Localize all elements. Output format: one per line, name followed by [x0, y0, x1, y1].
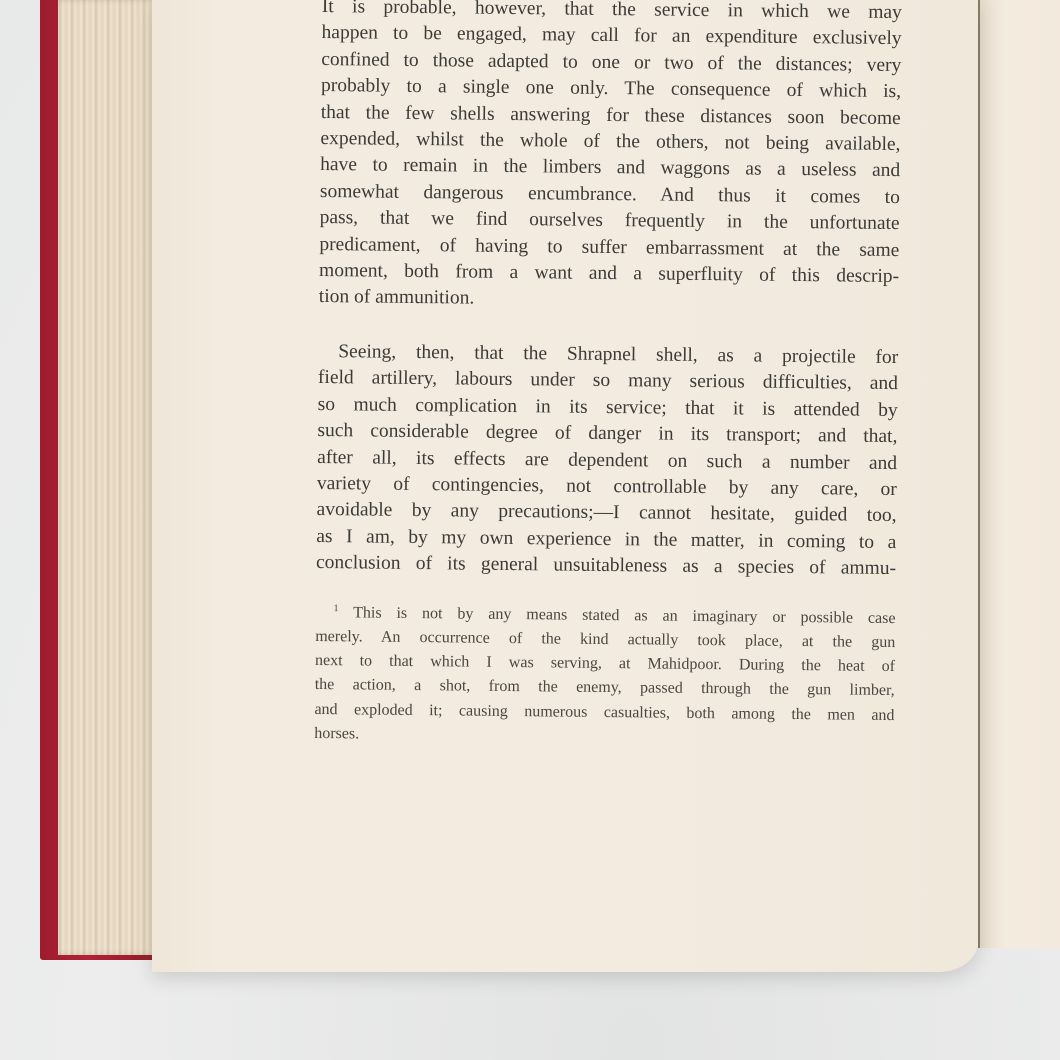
facing-page [978, 0, 1060, 948]
page-stack-edge [58, 0, 158, 955]
paragraph-1: It is probable, however, that the servic… [319, 0, 902, 317]
page-text: It is probable, however, that the servic… [314, 0, 902, 752]
text-line: conclusion of its general unsuitableness… [316, 550, 896, 582]
paragraph-2: Seeing, then, that the Shrapnel shell, a… [316, 339, 898, 583]
footnote-marker: 1 [334, 603, 339, 614]
footnote: 1 This is not by any means stated as an … [314, 596, 896, 752]
